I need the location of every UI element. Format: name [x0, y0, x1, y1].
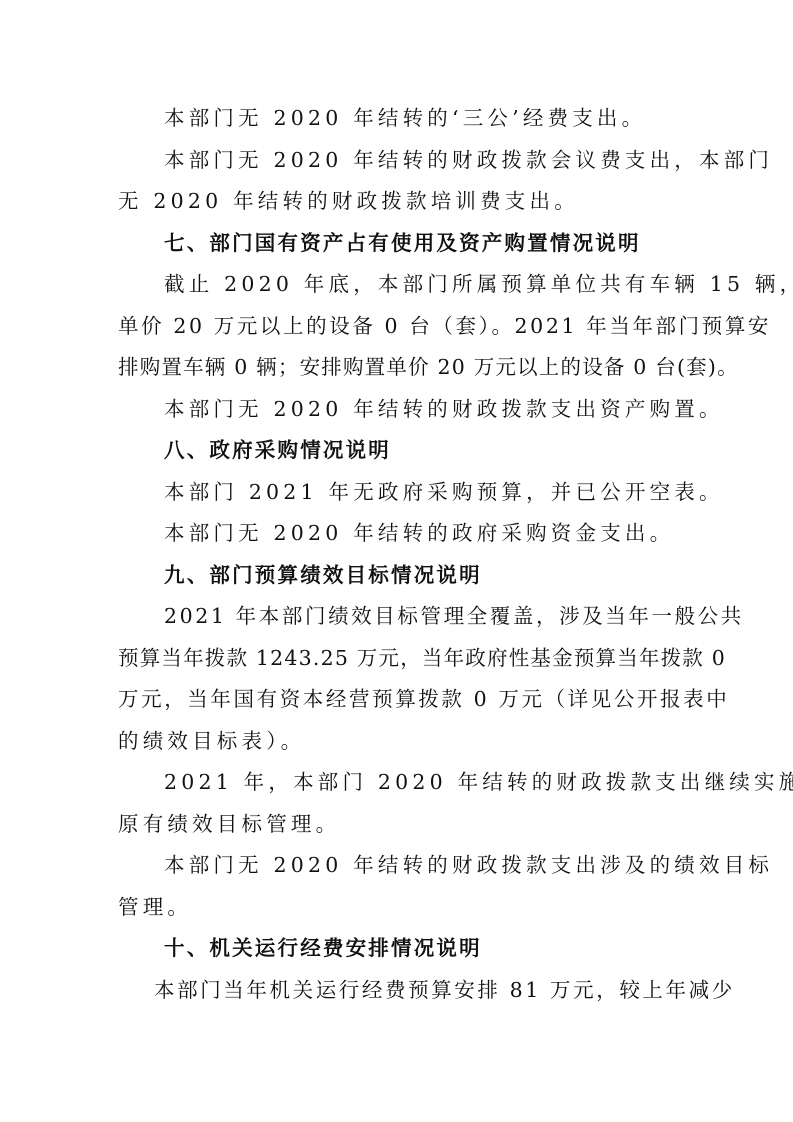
paragraph-procurement-budget: 本部门 2021 年无政府采购预算，并已公开空表。 [118, 472, 676, 514]
paragraph-performance-carryover-line-2: 原有绩效目标管理。 [118, 804, 676, 846]
section-heading-9-performance-targets: 九、部门预算绩效目标情况说明 [118, 555, 676, 597]
paragraph-procurement-carryover: 本部门无 2020 年结转的政府采购资金支出。 [118, 513, 676, 555]
paragraph-assets-line-3: 排购置车辆 0 辆；安排购置单价 20 万元以上的设备 0 台(套)。 [118, 347, 676, 389]
paragraph-no-carryover-targets-line-2: 管理。 [118, 887, 676, 929]
section-heading-7-state-assets: 七、部门国有资产占有使用及资产购置情况说明 [118, 223, 676, 265]
section-heading-8-government-procurement: 八、政府采购情况说明 [118, 430, 676, 472]
paragraph-no-carryover-targets-line-1: 本部门无 2020 年结转的财政拨款支出涉及的绩效目标 [118, 845, 676, 887]
paragraph-performance-carryover-line-1: 2021 年，本部门 2020 年结转的财政拨款支出继续实施 [118, 762, 676, 804]
document-page: 本部门无 2020 年结转的‘三公’经费支出。 本部门无 2020 年结转的财政… [118, 98, 676, 1011]
paragraph-assets-line-1: 截止 2020 年底，本部门所属预算单位共有车辆 15 辆， [118, 264, 676, 306]
paragraph-meeting-training-line-2: 无 2020 年结转的财政拨款培训费支出。 [118, 181, 676, 223]
paragraph-assets-carryover: 本部门无 2020 年结转的财政拨款支出资产购置。 [118, 389, 676, 431]
paragraph-sangong-carryover: 本部门无 2020 年结转的‘三公’经费支出。 [118, 98, 676, 140]
paragraph-assets-line-2: 单价 20 万元以上的设备 0 台（套）。2021 年当年部门预算安 [118, 306, 676, 348]
paragraph-meeting-training-line-1: 本部门无 2020 年结转的财政拨款会议费支出，本部门 [118, 140, 676, 182]
section-heading-10-operating-expenses: 十、机关运行经费安排情况说明 [118, 928, 676, 970]
paragraph-performance-line-2: 预算当年拨款 1243.25 万元，当年政府性基金预算当年拨款 0 [118, 638, 676, 680]
paragraph-performance-line-1: 2021 年本部门绩效目标管理全覆盖，涉及当年一般公共 [118, 596, 676, 638]
paragraph-performance-line-4: 的绩效目标表）。 [118, 721, 676, 763]
paragraph-performance-line-3: 万元，当年国有资本经营预算拨款 0 万元（详见公开报表中 [118, 679, 676, 721]
paragraph-operating-expenses-line-1: 本部门当年机关运行经费预算安排 81 万元，较上年减少 [118, 970, 676, 1012]
